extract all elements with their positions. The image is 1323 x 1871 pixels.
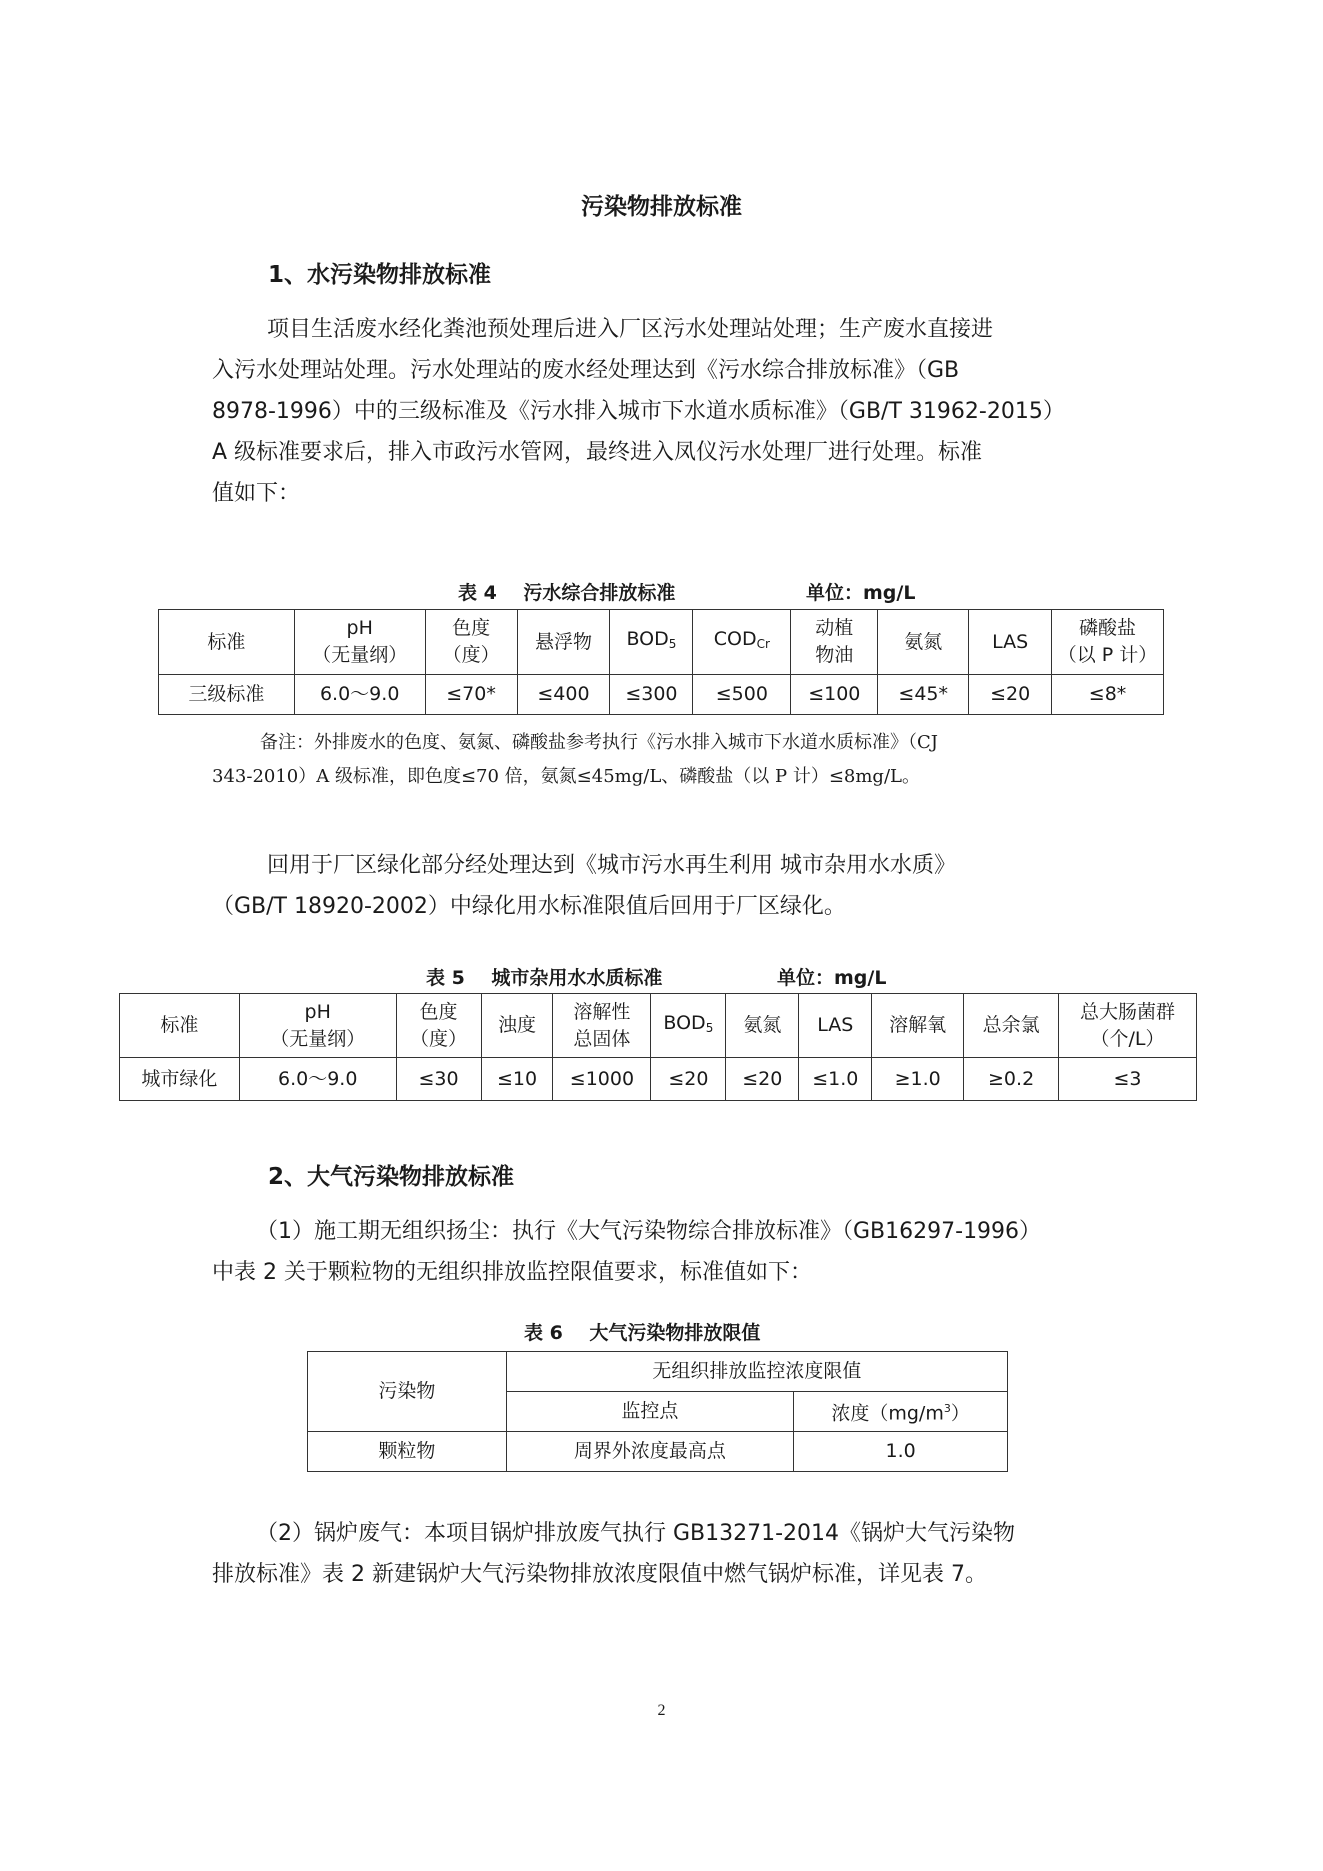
table-cell: ≤500 (693, 675, 791, 715)
paragraph-construction-dust: （1）施工期无组织扬尘：执行《大气污染物综合排放标准》（GB16297-1996… (212, 1211, 1117, 1293)
note-line: 343-2010）A 级标准，即色度≤70 倍，氨氮≤45mg/L、磷酸盐（以 … (212, 760, 1117, 794)
header-cell: 溶解性总固体 (553, 994, 651, 1058)
table-cell: ≤300 (610, 675, 693, 715)
text-line: 排放标准》表 2 新建锅炉大气污染物排放浓度限值中燃气锅炉标准，详见表 7。 (212, 1554, 1117, 1595)
table-cell: ≤3 (1059, 1058, 1197, 1101)
text-line: （2）锅炉废气：本项目锅炉排放废气执行 GB13271-2014《锅炉大气污染物 (212, 1513, 1117, 1554)
section-heading-air: 2、大气污染物排放标准 (268, 1158, 514, 1191)
table-header-row: 标准 pH（无量纲） 色度（度） 悬浮物 BOD5 CODCr 动植物油 氨氮 … (159, 610, 1164, 675)
table4-wastewater-standard: 标准 pH（无量纲） 色度（度） 悬浮物 BOD5 CODCr 动植物油 氨氮 … (158, 609, 1164, 715)
note-line: 备注：外排废水的色度、氨氮、磷酸盐参考执行《污水排入城市下水道水质标准》（CJ (212, 726, 1117, 760)
table5-caption-unit: 单位：mg/L (777, 963, 886, 990)
table-cell: ≤100 (791, 675, 878, 715)
table-cell: ≤10 (481, 1058, 553, 1101)
table5-caption-title: 城市杂用水水质标准 (491, 967, 662, 989)
table-cell: 颗粒物 (308, 1432, 507, 1472)
table-cell: 6.0～9.0 (239, 1058, 396, 1101)
table-cell: 周界外浓度最高点 (506, 1432, 794, 1472)
header-cell: 标准 (159, 610, 295, 675)
table6-air-pollutant-limits: 污染物 无组织排放监控浓度限值 监控点 浓度（mg/m3） 颗粒物 周界外浓度最… (307, 1351, 1008, 1472)
header-cell: LAS (799, 994, 872, 1058)
table6-caption-title: 大气污染物排放限值 (589, 1322, 760, 1344)
table-cell: 三级标准 (159, 675, 295, 715)
table-cell: ≤1.0 (799, 1058, 872, 1101)
header-cell: 总大肠菌群（个/L） (1059, 994, 1197, 1058)
header-cell: pH（无量纲） (294, 610, 425, 675)
header-cell: 色度（度） (425, 610, 517, 675)
table-header-row: 标准 pH（无量纲） 色度（度） 浊度 溶解性总固体 BOD5 氨氮 LAS 溶… (120, 994, 1197, 1058)
table-row: 三级标准 6.0～9.0 ≤70* ≤400 ≤300 ≤500 ≤100 ≤4… (159, 675, 1164, 715)
header-cell: 溶解氧 (872, 994, 964, 1058)
section-heading-water: 1、水污染物排放标准 (268, 256, 491, 289)
text-line: 项目生活废水经化粪池预处理后进入厂区污水处理站处理；生产废水直接进 (212, 309, 1117, 350)
header-cell: 磷酸盐（以 P 计） (1052, 610, 1164, 675)
table-cell: 6.0～9.0 (294, 675, 425, 715)
table4-caption-title: 污水综合排放标准 (523, 582, 675, 604)
header-cell: 污染物 (308, 1352, 507, 1432)
header-cell: 监控点 (506, 1392, 794, 1432)
table-cell: 1.0 (794, 1432, 1008, 1472)
text-line: 8978-1996）中的三级标准及《污水排入城市下水道水质标准》（GB/T 31… (212, 391, 1117, 432)
table-cell: ≥0.2 (964, 1058, 1059, 1101)
table6-caption: 表 6 大气污染物排放限值 (524, 1318, 760, 1345)
table-cell: ≤20 (969, 675, 1052, 715)
table-cell: ≤8* (1052, 675, 1164, 715)
text-line: （GB/T 18920-2002）中绿化用水标准限值后回用于厂区绿化。 (212, 886, 1117, 927)
text-line: 中表 2 关于颗粒物的无组织排放监控限值要求，标准值如下： (212, 1252, 1117, 1293)
table5-urban-reuse-water-standard: 标准 pH（无量纲） 色度（度） 浊度 溶解性总固体 BOD5 氨氮 LAS 溶… (119, 993, 1197, 1101)
header-cell: 悬浮物 (517, 610, 610, 675)
table4-caption: 表 4 污水综合排放标准 (458, 578, 675, 605)
header-cell: 标准 (120, 994, 240, 1058)
paragraph-boiler-exhaust: （2）锅炉废气：本项目锅炉排放废气执行 GB13271-2014《锅炉大气污染物… (212, 1513, 1117, 1595)
table-header-row: 污染物 无组织排放监控浓度限值 (308, 1352, 1008, 1392)
table4-note: 备注：外排废水的色度、氨氮、磷酸盐参考执行《污水排入城市下水道水质标准》（CJ … (212, 726, 1117, 794)
page-number: 2 (0, 1702, 1323, 1720)
text-line: 回用于厂区绿化部分经处理达到《城市污水再生利用 城市杂用水水质》 (212, 845, 1117, 886)
header-cell: 色度（度） (396, 994, 481, 1058)
text-line: （1）施工期无组织扬尘：执行《大气污染物综合排放标准》（GB16297-1996… (212, 1211, 1117, 1252)
table-cell: ≤400 (517, 675, 610, 715)
header-cell: CODCr (693, 610, 791, 675)
header-cell: BOD5 (610, 610, 693, 675)
table5-caption: 表 5 城市杂用水水质标准 (426, 963, 662, 990)
header-cell: 无组织排放监控浓度限值 (506, 1352, 1007, 1392)
header-cell: 氨氮 (726, 994, 799, 1058)
header-cell: pH（无量纲） (239, 994, 396, 1058)
table-cell: ≤20 (651, 1058, 726, 1101)
text-line: A 级标准要求后，排入市政污水管网，最终进入凤仪污水处理厂进行处理。标准 (212, 432, 1117, 473)
header-cell: 浊度 (481, 994, 553, 1058)
header-cell: 总余氯 (964, 994, 1059, 1058)
header-cell: BOD5 (651, 994, 726, 1058)
header-cell: 氨氮 (878, 610, 969, 675)
table-cell: ≤30 (396, 1058, 481, 1101)
text-line: 值如下： (212, 473, 1117, 514)
paragraph-water-intro: 项目生活废水经化粪池预处理后进入厂区污水处理站处理；生产废水直接进 入污水处理站… (212, 309, 1117, 514)
table-cell: ≤1000 (553, 1058, 651, 1101)
paragraph-reuse: 回用于厂区绿化部分经处理达到《城市污水再生利用 城市杂用水水质》 （GB/T 1… (212, 845, 1117, 927)
text-line: 入污水处理站处理。污水处理站的废水经处理达到《污水综合排放标准》（GB (212, 350, 1117, 391)
table-cell: 城市绿化 (120, 1058, 240, 1101)
table6-caption-number: 表 6 (524, 1322, 563, 1344)
table-row: 城市绿化 6.0～9.0 ≤30 ≤10 ≤1000 ≤20 ≤20 ≤1.0 … (120, 1058, 1197, 1101)
table-cell: ≤70* (425, 675, 517, 715)
table-cell: ≤20 (726, 1058, 799, 1101)
table-cell: ≤45* (878, 675, 969, 715)
table4-caption-number: 表 4 (458, 582, 497, 604)
document-title: 污染物排放标准 (0, 188, 1323, 221)
table5-caption-number: 表 5 (426, 967, 465, 989)
header-cell: 动植物油 (791, 610, 878, 675)
table-cell: ≥1.0 (872, 1058, 964, 1101)
header-cell: 浓度（mg/m3） (794, 1392, 1008, 1432)
header-cell: LAS (969, 610, 1052, 675)
table4-caption-unit: 单位：mg/L (806, 578, 915, 605)
table-row: 颗粒物 周界外浓度最高点 1.0 (308, 1432, 1008, 1472)
